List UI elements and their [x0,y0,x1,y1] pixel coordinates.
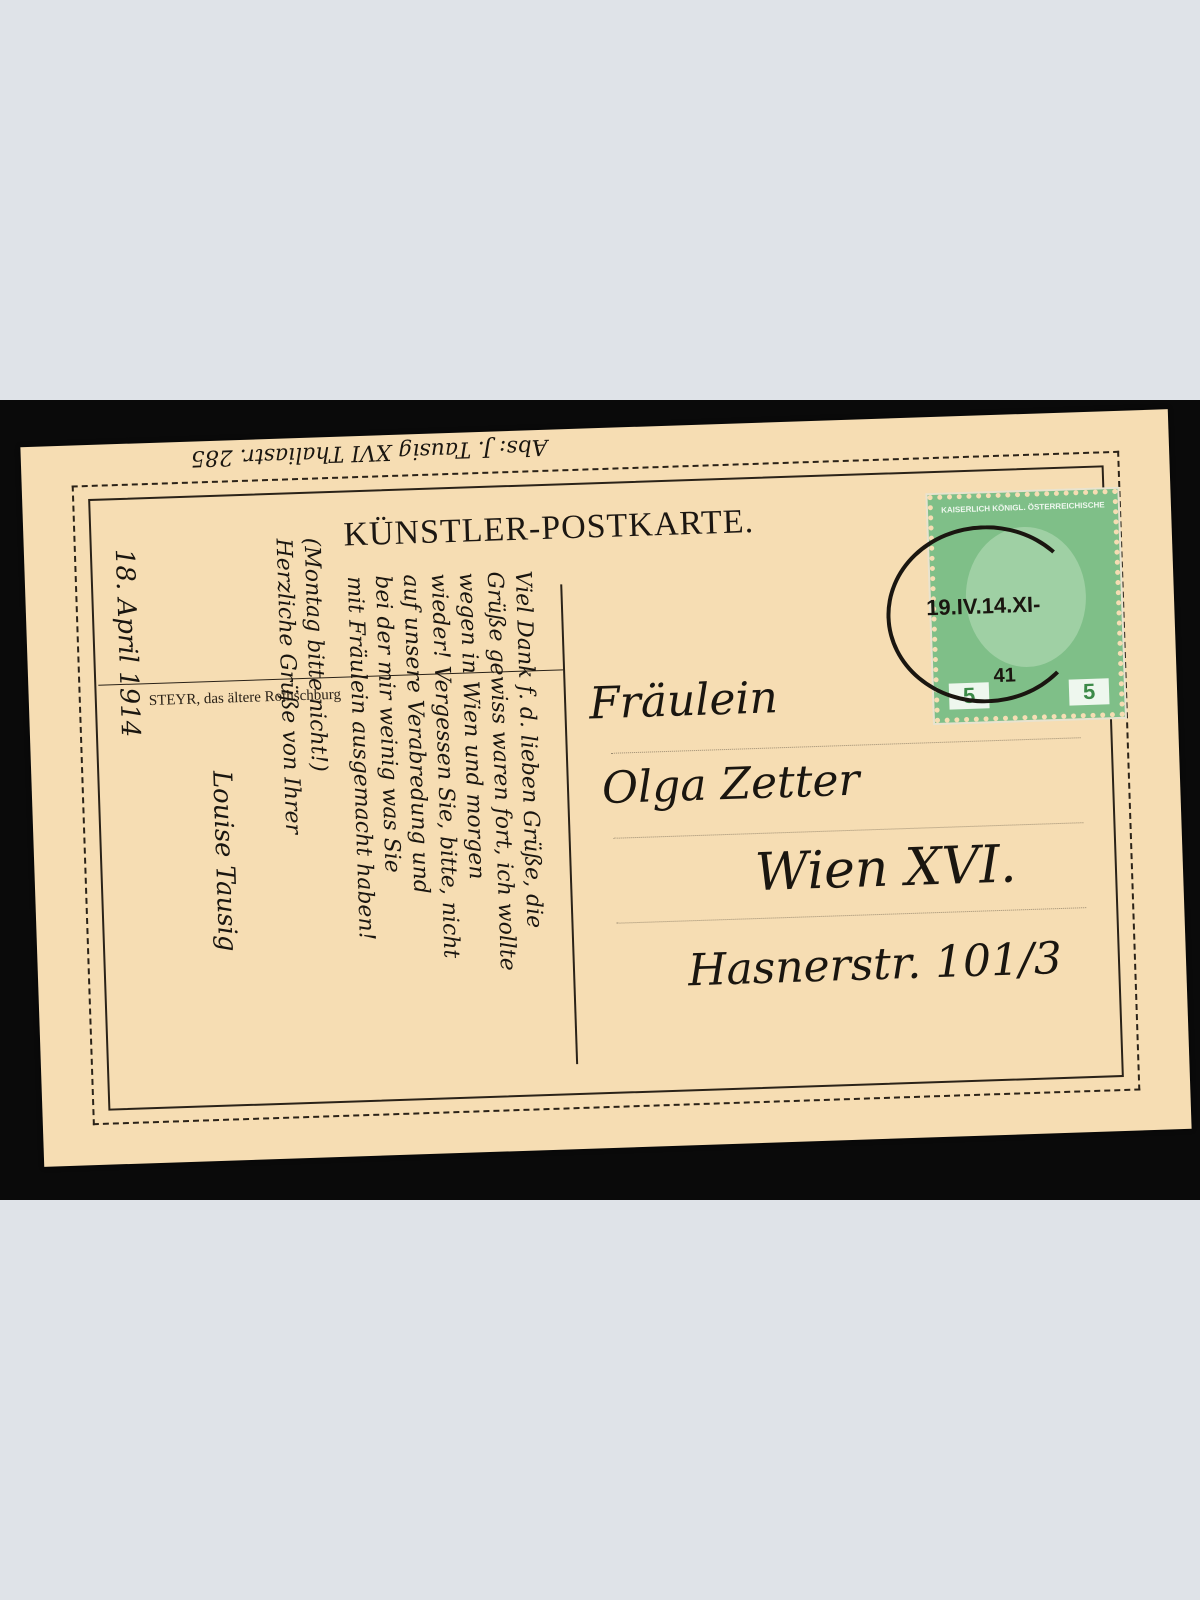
postmark-date: 19.IV.14.XI- [926,592,1041,622]
address-salutation: Fräulein [588,672,778,729]
postmark-number: 41 [993,664,1016,688]
date-written: 18. April 1914 [109,548,145,737]
sender-note: Abs: J. Tausig XVI Thaliastr. 285 [190,434,548,471]
address-name: Olga Zetter [601,755,860,815]
postcard: KÜNSTLER-POSTKARTE. STEYR, das ältere Ro… [20,409,1191,1167]
stamp-edge-text: KAISERLICH KÖNIGL. ÖSTERREICHISCHE [933,500,1113,515]
address-city: Wien XVI. [754,834,1017,903]
stamp-value-right: 5 [1069,678,1110,705]
signature: Louise Tausig [206,770,242,952]
